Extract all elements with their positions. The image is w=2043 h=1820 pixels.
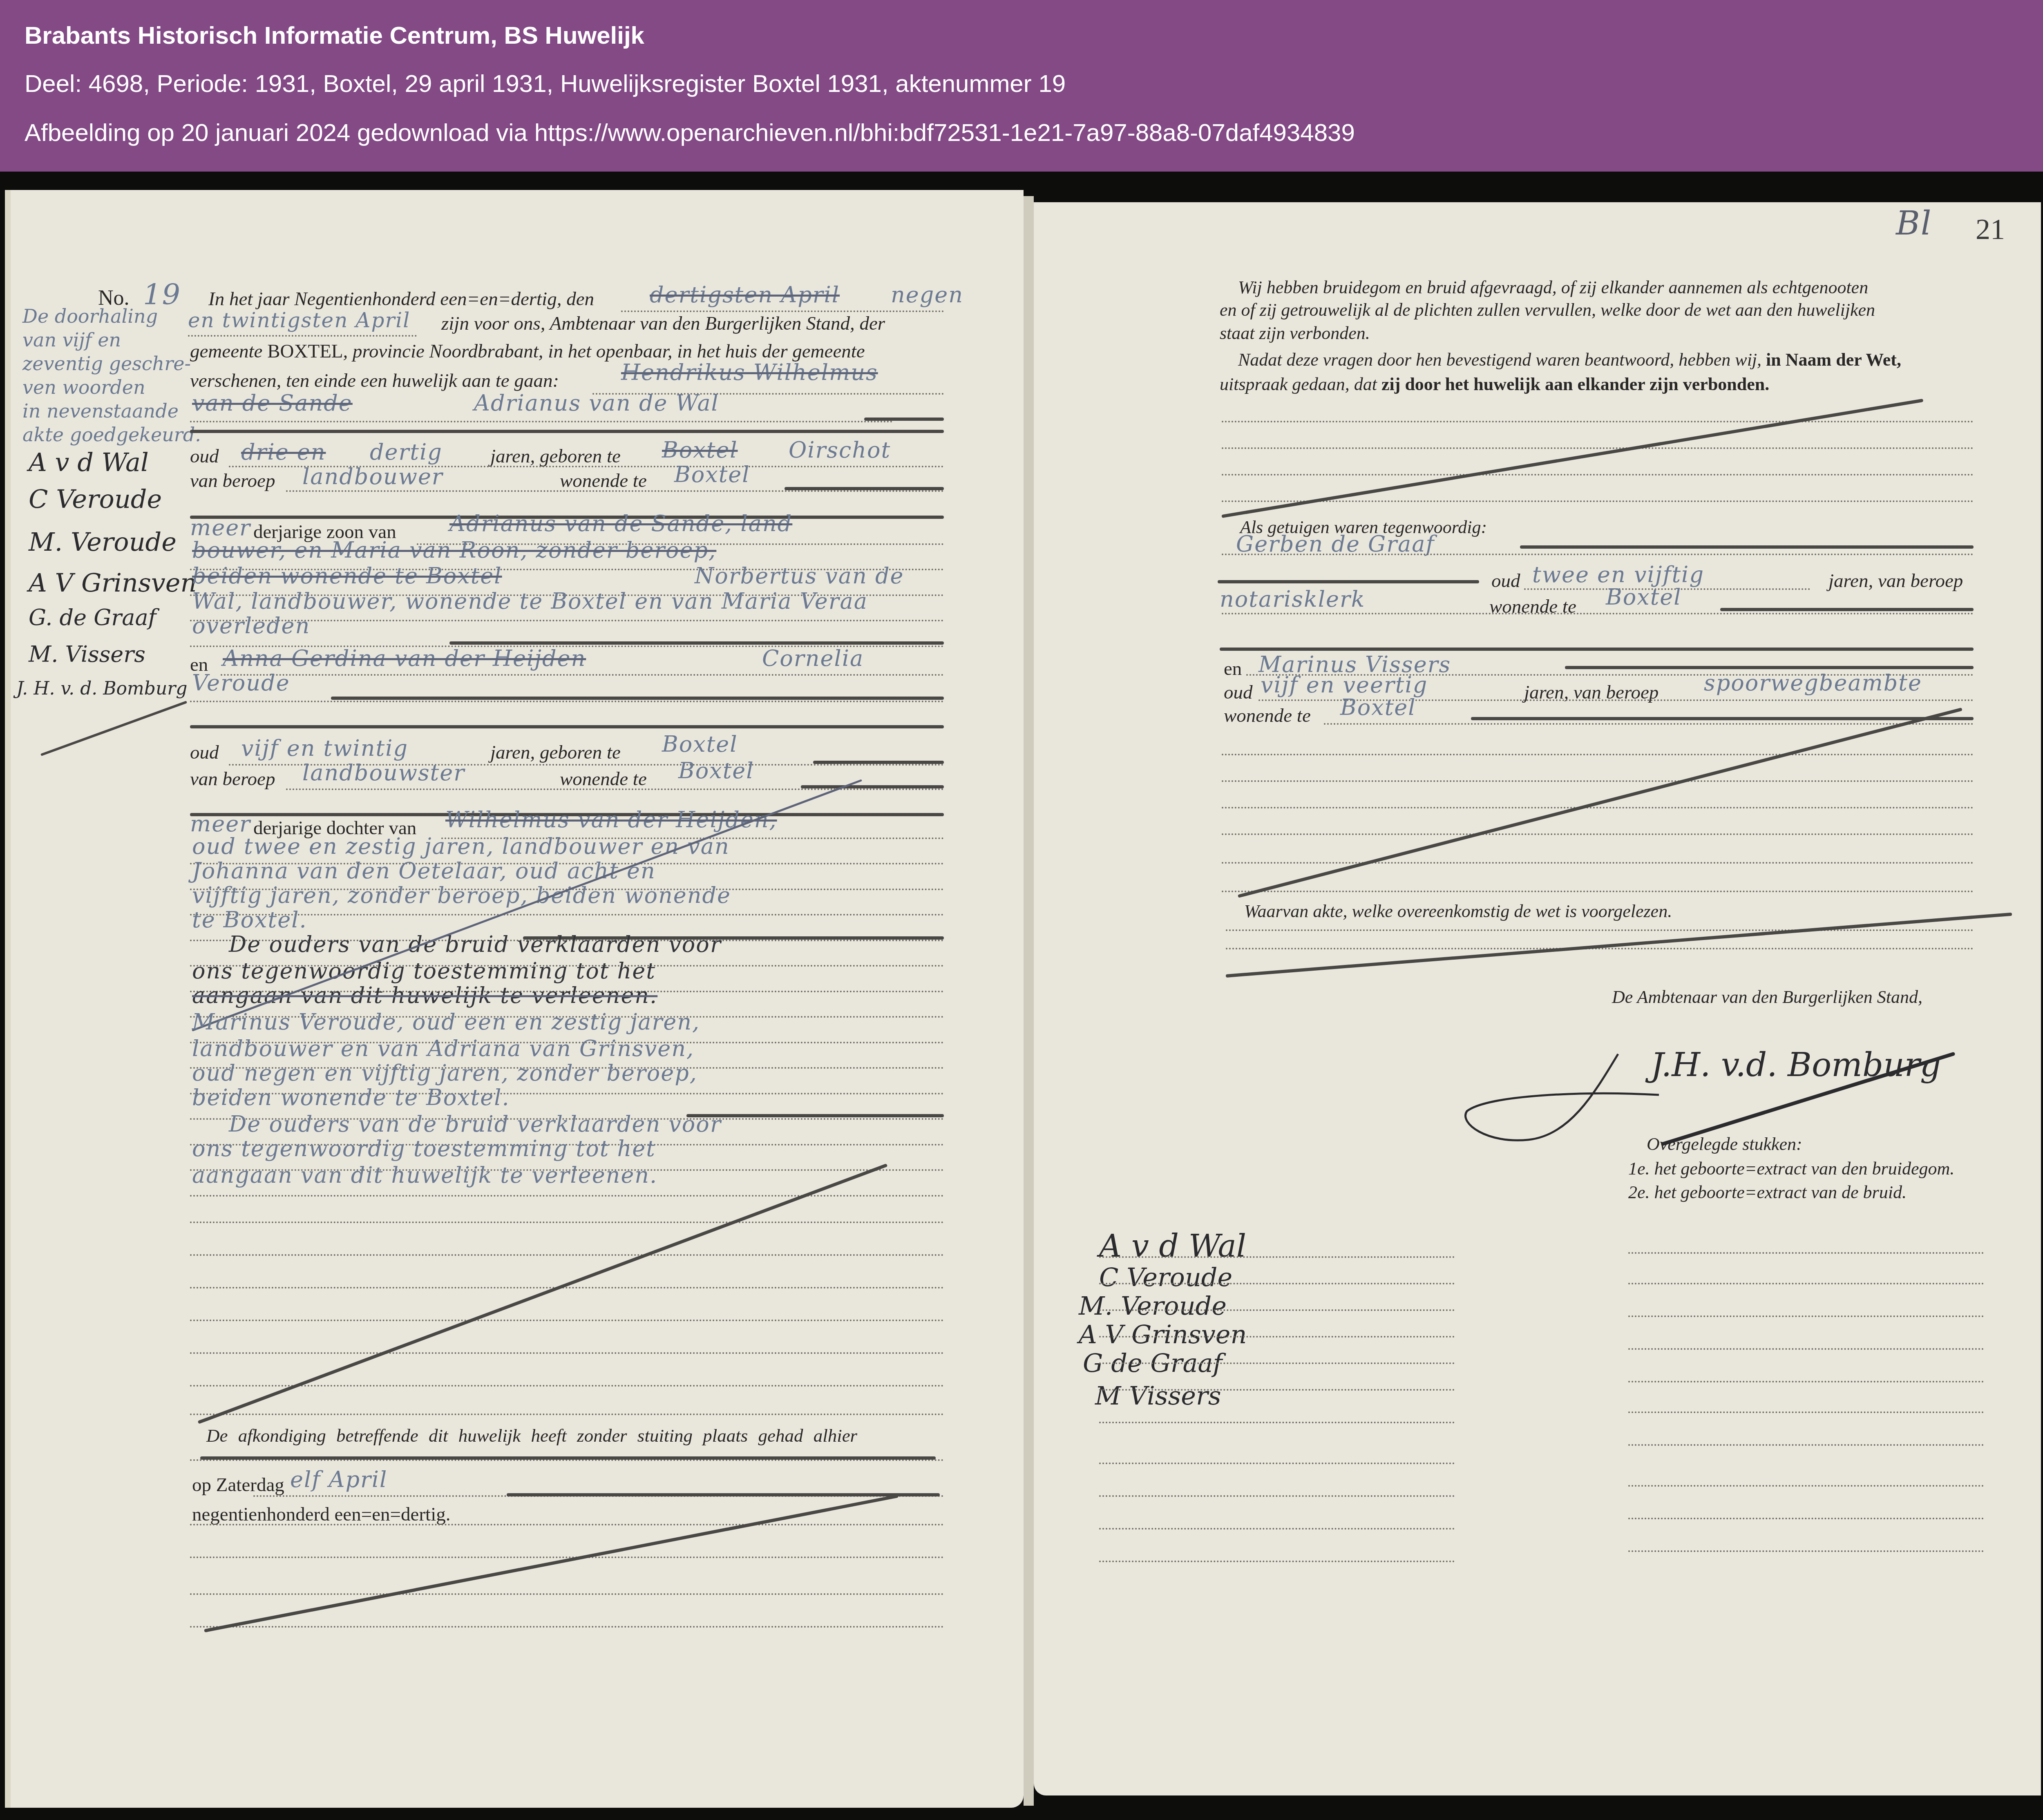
dotted-rule (1099, 1362, 1455, 1364)
groom-father: Norbertus van de (695, 563, 904, 589)
groom-occupation: landbouwer (302, 464, 443, 489)
struck-parents: bouwer, en Maria van Roon, zonder beroep… (192, 537, 716, 563)
geboren-label: jaren, geboren te (490, 741, 621, 764)
fill-bar (200, 1456, 936, 1460)
dotted-rule (1226, 929, 1974, 931)
bride-birthplace: Boxtel (662, 731, 738, 757)
intro-text: verschenen, ten einde een huwelijk aan t… (190, 370, 559, 392)
dotted-rule (221, 674, 944, 676)
afkondiging-text: De afkondiging betreffende dit huwelijk … (206, 1425, 857, 1446)
dotted-rule (190, 1254, 944, 1256)
struck-parents: beiden wonende te Boxtel (192, 563, 502, 589)
bride-name: Cornelia (762, 645, 864, 671)
struck-date: dertigsten April (650, 282, 840, 308)
dotted-rule (1628, 1315, 1984, 1317)
struck-groom-name: Hendrikus Wilhelmus (621, 360, 878, 385)
bride-residence: Boxtel (678, 758, 754, 784)
dotted-rule (190, 421, 893, 422)
pronouncement-text: uitspraak gedaan, dat zij door het huwel… (1220, 374, 1769, 395)
margin-signature: J. H. v. d. Bomburg (16, 678, 188, 699)
dotted-rule (1628, 1283, 1984, 1284)
fill-bar (801, 785, 944, 788)
fill-bar (190, 725, 944, 728)
fill-bar (507, 1493, 940, 1496)
fill-bar (1220, 648, 1974, 651)
margin-signature: M. Vissers (29, 641, 145, 667)
dotted-rule (1628, 1550, 1984, 1552)
dotted-rule (1099, 1256, 1455, 1258)
dotted-rule (190, 1556, 944, 1558)
zaterdag-label: op Zaterdag (192, 1474, 284, 1496)
bride-age: vijf en twintig (241, 735, 408, 761)
oud-label: oud (190, 445, 219, 467)
dotted-rule (1628, 1411, 1984, 1413)
municipality-line: gemeente BOXTEL, provincie Noordbrabant,… (190, 340, 865, 362)
fill-bar (1471, 717, 1974, 720)
dotted-rule (1628, 1444, 1984, 1446)
witness2-residence: Boxtel (1340, 695, 1416, 720)
wonende-label: wonende te (560, 768, 647, 790)
dotted-rule (1222, 500, 1974, 502)
bride-parents: beiden wonende te Boxtel. (192, 1085, 510, 1110)
vows-text: en of zij getrouwelijk al de plichten zu… (1220, 299, 1875, 320)
dotted-rule (621, 310, 944, 312)
oud-label: oud (190, 741, 219, 764)
fill-bar (785, 487, 944, 490)
dotted-rule (190, 1195, 944, 1197)
fill-bar (449, 641, 944, 645)
dotted-rule (1628, 1348, 1984, 1350)
afkondiging-date: elf April (290, 1467, 387, 1492)
bride-parents: Marinus Veroude, oud een en zestig jaren… (192, 1009, 700, 1035)
dotted-rule (1222, 891, 1974, 892)
date-hw: negen (891, 282, 963, 308)
witness1-occupation: notarisklerk (1220, 586, 1365, 612)
geboren-label: jaren, geboren te (490, 445, 621, 467)
dotted-rule (188, 335, 417, 337)
groom-parents: Wal, landbouwer, wonende te Boxtel en va… (192, 588, 868, 614)
dotted-rule (1099, 1422, 1455, 1423)
margin-signature: G. de Graaf (29, 605, 156, 630)
dotted-rule (1222, 780, 1974, 782)
dotted-rule (190, 1414, 944, 1415)
fill-bar (1218, 580, 1479, 583)
bride-occupation: landbouwster (302, 760, 465, 786)
date-hw: en twintigsten April (188, 308, 410, 332)
dotted-rule (1099, 1561, 1455, 1562)
dotted-rule (1222, 447, 1974, 449)
margin-signature: A v d Wal (29, 447, 149, 477)
dotted-rule (1628, 1381, 1984, 1382)
attached-document: 1e. het geboorte=extract van den bruideg… (1628, 1158, 1954, 1179)
struck-bride-name: Anna Gerdina van der Heijden (223, 645, 586, 671)
struck-bride-parents: vijftig jaren, zonder beroep, beiden won… (192, 882, 731, 908)
consent: aangaan van dit huwelijk te verleenen. (192, 1162, 657, 1188)
archive-header: Brabants Historisch Informatie Centrum, … (0, 0, 2043, 172)
dotted-rule (1222, 807, 1974, 808)
intro-text: zijn voor ons, Ambtenaar van den Burgerl… (441, 313, 885, 335)
meer-hw: meer (190, 811, 251, 837)
dotted-rule (1628, 1252, 1984, 1254)
witness2-age: vijf en veertig (1261, 672, 1428, 698)
witness2-occupation: spoorwegbeambte (1704, 670, 1922, 696)
oud-label: oud (1224, 681, 1253, 703)
vows-text: Wij hebben bruidegom en bruid afgevraagd… (1238, 277, 1868, 298)
dotted-rule (1222, 421, 1974, 422)
vows-text: staat zijn verbonden. (1220, 323, 1370, 344)
overgelegde-label: Overgelegde stukken: (1647, 1134, 1802, 1155)
struck-birthplace: Boxtel (662, 437, 738, 463)
dotted-rule (190, 701, 944, 702)
fill-bar (1720, 608, 1974, 611)
dotted-rule (1324, 723, 1974, 725)
signature-bride: C Veroude (1099, 1262, 1232, 1292)
margin-signature: M. Veroude (29, 527, 177, 557)
oud-label: oud (1491, 570, 1520, 592)
bride-parents: oud negen en vijftig jaren, zonder beroe… (192, 1060, 697, 1086)
attached-document: 2e. het geboorte=extract van de bruid. (1628, 1182, 1907, 1203)
fill-bar (1565, 666, 1974, 669)
dotted-rule (1099, 1389, 1455, 1391)
groom-birthplace: Oirschot (789, 437, 891, 463)
fill-bar (1520, 545, 1974, 549)
signature-witness: M Vissers (1095, 1381, 1221, 1411)
page-initials: Bl (1896, 204, 1932, 242)
struck-bride-parents: oud twee en zestig jaren, landbouwer en … (192, 833, 730, 859)
book-gutter (1024, 196, 1034, 1806)
witness1-name: Gerben de Graaf (1236, 531, 1435, 557)
waarvan-text: Waarvan akte, welke overeenkomstig de we… (1244, 901, 1672, 922)
margin-signature: C Veroude (29, 484, 162, 514)
groom-parents: overleden (192, 613, 310, 639)
dotted-rule (190, 1524, 944, 1525)
dotted-rule (1222, 754, 1974, 755)
ambtenaar-label: De Ambtenaar van den Burgerlijken Stand, (1612, 987, 1922, 1007)
dotted-rule (286, 490, 944, 492)
intro-text: In het jaar Negentienhonderd een=en=dert… (208, 288, 594, 310)
struck-consent: ons tegenwoordig toestemming tot het (192, 958, 656, 984)
dotted-rule (1099, 1283, 1455, 1284)
source-line: Afbeelding op 20 januari 2024 gedownload… (25, 118, 1355, 147)
dotted-rule (1222, 474, 1974, 476)
signature-groom: A v d Wal (1099, 1228, 1246, 1264)
bride-parents: landbouwer en van Adriana van Grinsven, (192, 1036, 694, 1061)
struck-age: drie en (241, 439, 326, 465)
record-details: Deel: 4698, Periode: 1931, Boxtel, 29 ap… (25, 69, 1066, 98)
groom-residence: Boxtel (674, 462, 750, 487)
dotted-rule (1222, 862, 1974, 864)
dotted-rule (190, 1626, 944, 1628)
struck-consent: De ouders van de bruid verklaarden voor (229, 931, 722, 957)
bride-name: Veroude (192, 670, 290, 696)
fill-bar (686, 1114, 944, 1117)
dotted-rule (1099, 1336, 1455, 1338)
beroep-label: van beroep (190, 768, 275, 790)
fill-bar (813, 761, 944, 764)
dotted-rule (1628, 1485, 1984, 1487)
dotted-rule (190, 1320, 944, 1321)
wonende-label: wonende te (560, 470, 647, 492)
dotted-rule (1628, 1518, 1984, 1519)
dotted-rule (190, 1385, 944, 1387)
beroep-label: van beroep (190, 470, 275, 492)
dotted-rule (190, 1352, 944, 1354)
dotted-rule (1099, 1463, 1455, 1464)
margin-note: De doorhaling van vijf en zeventig gesch… (22, 304, 201, 447)
margin-signature: A V Grinsven (29, 568, 197, 598)
consent: De ouders van de bruid verklaarden voor (229, 1111, 722, 1137)
year-text: negentienhonderd een=en=dertig. (192, 1503, 450, 1525)
dotted-rule (1222, 613, 1974, 614)
dotted-rule (1222, 833, 1974, 835)
dotted-rule (286, 788, 944, 790)
fill-bar (331, 697, 944, 700)
consent: ons tegenwoordig toestemming tot het (192, 1136, 656, 1161)
dotted-rule (1099, 1528, 1455, 1530)
witness1-age: twee en vijftig (1532, 562, 1704, 587)
signature-witness: A V Grinsven (1079, 1320, 1247, 1349)
witness1-residence: Boxtel (1606, 584, 1682, 610)
jaren-beroep-label: jaren, van beroep (1828, 570, 1963, 592)
fill-bar (190, 430, 944, 433)
dotted-rule (190, 1287, 944, 1289)
fill-bar (864, 418, 944, 421)
pronouncement-text: Nadat deze vragen door hen bevestigend w… (1238, 349, 1901, 370)
dotted-rule (190, 1222, 944, 1223)
page-number: 21 (1976, 212, 2005, 246)
struck-parents: Adrianus van de Sande, land (449, 511, 792, 536)
dotted-rule (1222, 554, 1974, 555)
meer-hw: meer (190, 515, 251, 540)
struck-bride-parents: Wilhelmus van der Heijden, (445, 807, 777, 833)
groom-name: Adrianus van de Wal (474, 390, 719, 416)
struck-bride-parents: te Boxtel. (192, 907, 307, 933)
signature-witness: M. Veroude (1079, 1291, 1227, 1321)
archive-title: Brabants Historisch Informatie Centrum, … (25, 21, 644, 49)
groom-age: dertig (370, 439, 443, 465)
dotted-rule (1099, 1309, 1455, 1311)
dotted-rule (190, 1593, 944, 1595)
en-label: en (1224, 658, 1242, 680)
wonende-label: wonende te (1224, 705, 1311, 727)
struck-groom-name: van de Sande (192, 390, 353, 416)
struck-bride-parents: Johanna van den Oetelaar, oud acht en (192, 858, 656, 884)
dotted-rule (1099, 1495, 1455, 1497)
